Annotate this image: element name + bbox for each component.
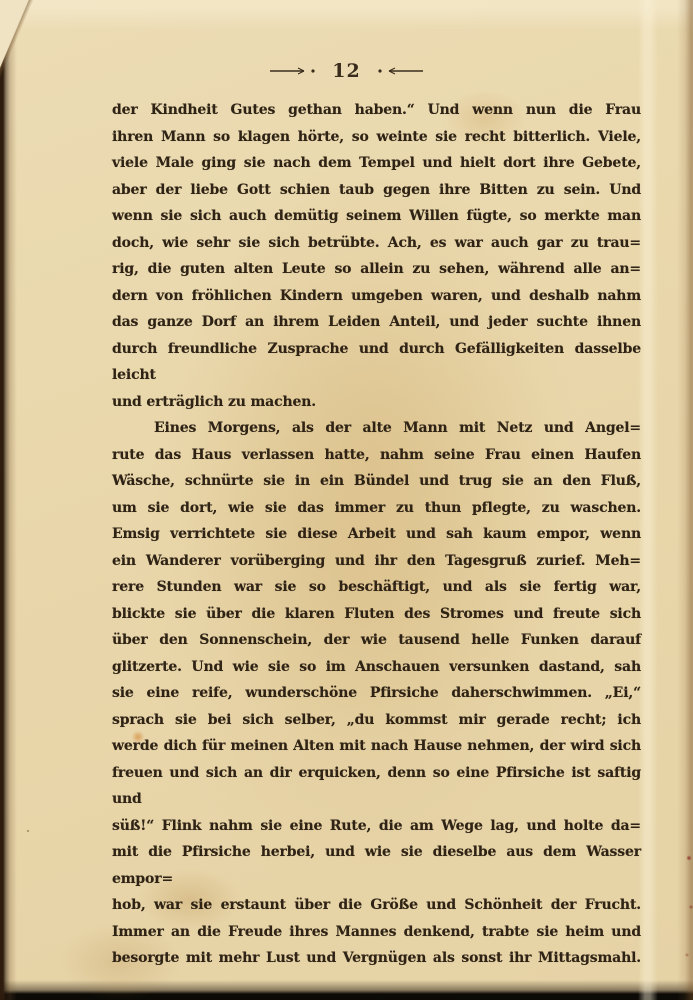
text-line: rute das Haus verlassen hatte, nahm sein… bbox=[112, 442, 641, 469]
text-line: doch, wie sehr sie sich betrübte. Ach, e… bbox=[112, 230, 641, 257]
header-rule-right-icon bbox=[375, 66, 423, 76]
text-line: sprach sie bei sich selber, „du kommst m… bbox=[112, 707, 641, 734]
text-line: rig, die guten alten Leute so allein zu … bbox=[112, 256, 641, 283]
text-line: sie eine reife, wunderschöne Pfirsiche d… bbox=[112, 680, 641, 707]
text-line: ihren Mann so klagen hörte, so weinte si… bbox=[112, 124, 641, 151]
text-line: hob, war sie erstaunt über die Größe und… bbox=[112, 892, 641, 919]
text-line: um sie dort, wie sie das immer zu thun p… bbox=[112, 495, 641, 522]
header-rule-left-icon bbox=[270, 66, 318, 76]
text-block: der Kindheit Gutes gethan haben.“ Und we… bbox=[112, 97, 641, 972]
text-line: süß!“ Flink nahm sie eine Rute, die am W… bbox=[112, 813, 641, 840]
page-number: 12 bbox=[332, 60, 360, 82]
book-page-scan: 12 der Kindheit Gutes gethan haben.“ Und… bbox=[0, 0, 693, 1000]
paragraph: Eines Morgens, als der alte Mann mit Net… bbox=[112, 415, 641, 972]
text-line: rere Stunden war sie so beschäftigt, und… bbox=[112, 574, 641, 601]
text-line: wenn sie sich auch demütig seinem Willen… bbox=[112, 203, 641, 230]
text-line: Immer an die Freude ihres Mannes denkend… bbox=[112, 919, 641, 946]
text-line: Wäsche, schnürte sie in ein Bündel und t… bbox=[112, 468, 641, 495]
text-line: das ganze Dorf an ihrem Leiden Anteil, u… bbox=[112, 309, 641, 336]
text-line: glitzerte. Und wie sie so im Anschauen v… bbox=[112, 654, 641, 681]
text-line: blickte sie über die klaren Fluten des S… bbox=[112, 601, 641, 628]
text-line: durch freundliche Zusprache und durch Ge… bbox=[112, 336, 641, 389]
text-line: ein Wanderer vorüberging und ihr den Tag… bbox=[112, 548, 641, 575]
text-line: besorgte mit mehr Lust und Vergnügen als… bbox=[112, 945, 641, 972]
text-line: mit die Pfirsiche herbei, und wie sie di… bbox=[112, 839, 641, 892]
text-line: viele Male ging sie nach dem Tempel und … bbox=[112, 150, 641, 177]
text-line: der Kindheit Gutes gethan haben.“ Und we… bbox=[112, 97, 641, 124]
text-line: und erträglich zu machen. bbox=[112, 389, 641, 416]
paragraph: der Kindheit Gutes gethan haben.“ Und we… bbox=[112, 97, 641, 415]
text-line: aber der liebe Gott schien taub gegen ih… bbox=[112, 177, 641, 204]
page-header: 12 bbox=[0, 56, 693, 86]
text-line: dern von fröhlichen Kindern umgeben ware… bbox=[112, 283, 641, 310]
text-line: freuen und sich an dir erquicken, denn s… bbox=[112, 760, 641, 813]
text-line: Eines Morgens, als der alte Mann mit Net… bbox=[112, 415, 641, 442]
text-line: über den Sonnenschein, der wie tausend h… bbox=[112, 627, 641, 654]
text-line: werde dich für meinen Alten mit nach Hau… bbox=[112, 733, 641, 760]
text-line: Emsig verrichtete sie diese Arbeit und s… bbox=[112, 521, 641, 548]
